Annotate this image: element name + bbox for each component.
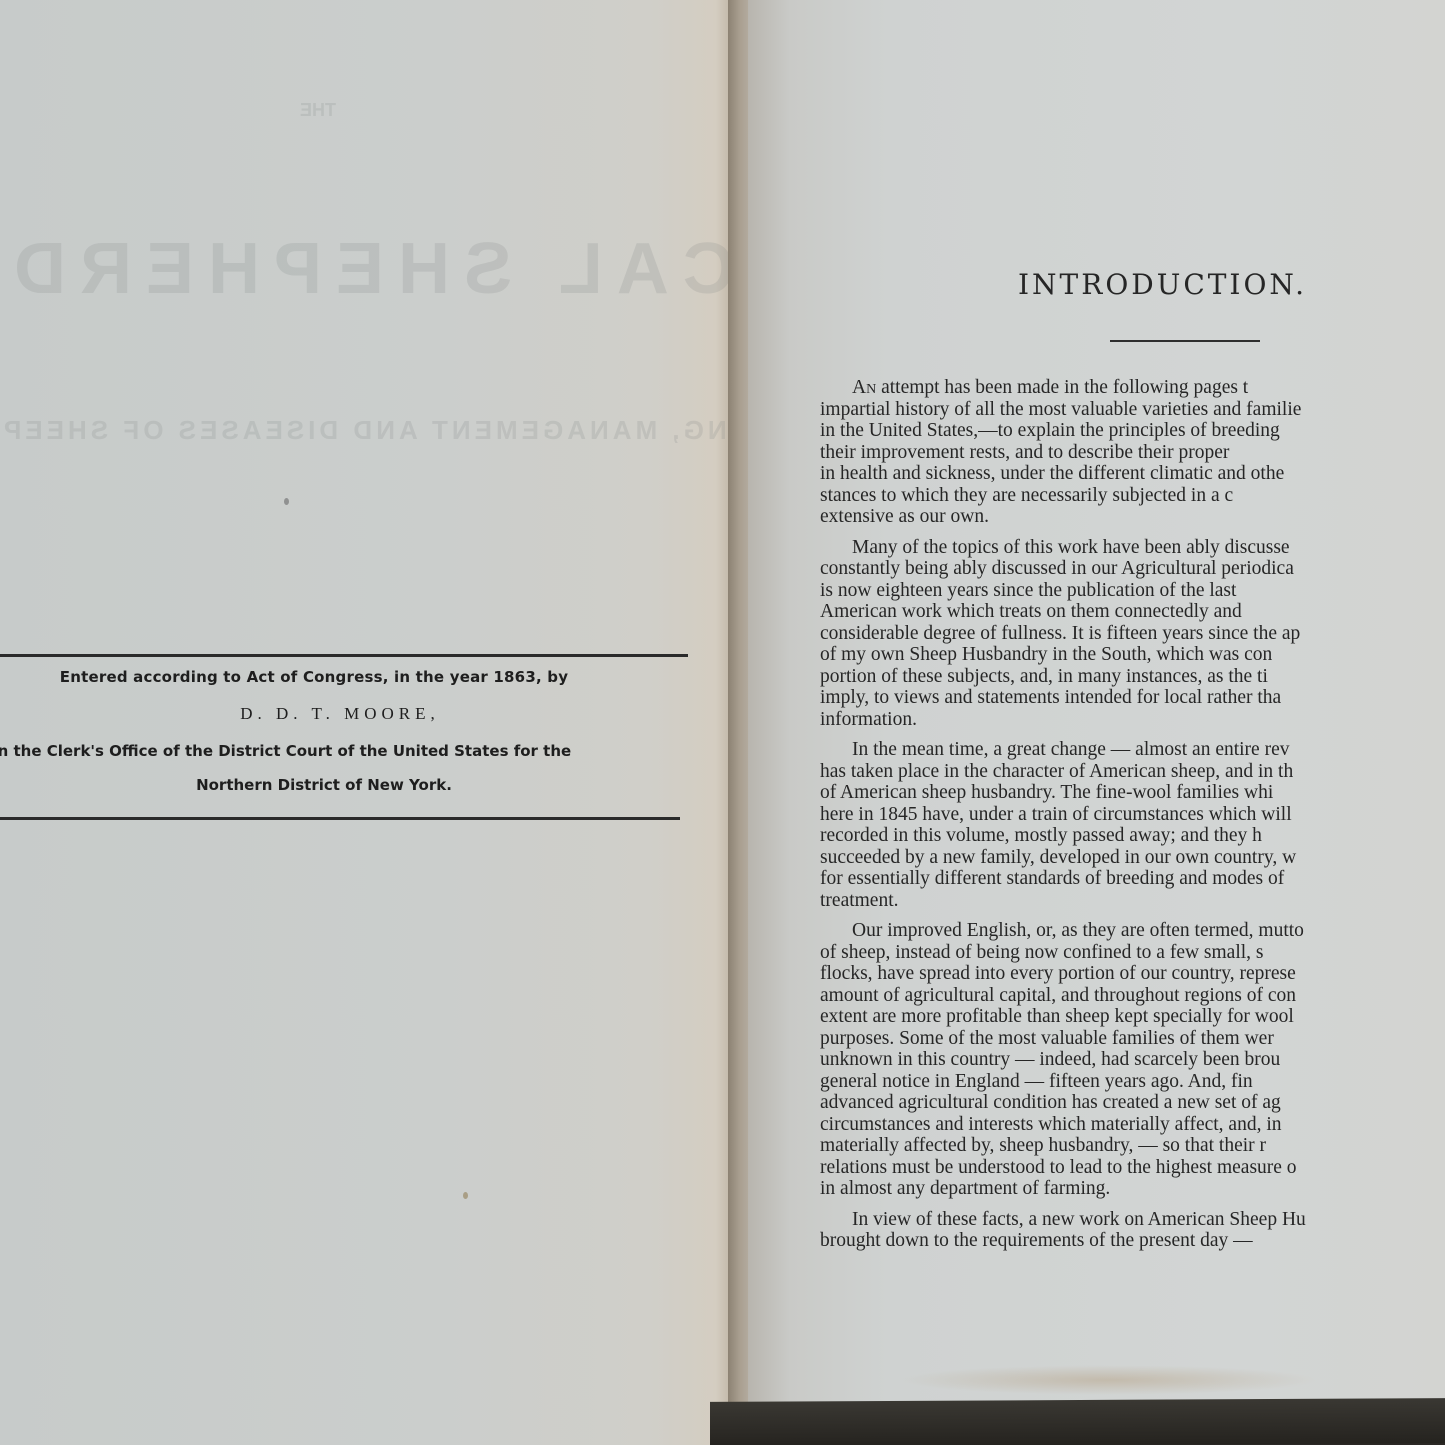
text-line: relations must be understood to lead to … bbox=[820, 1157, 1445, 1179]
text-line: of my own Sheep Husbandry in the South, … bbox=[820, 644, 1445, 666]
text-line: unknown in this country — indeed, had sc… bbox=[820, 1049, 1445, 1071]
text-line: In view of these facts, a new work on Am… bbox=[820, 1209, 1445, 1231]
text-line: of sheep, instead of being now confined … bbox=[820, 942, 1445, 964]
text-line: extent are more profitable than sheep ke… bbox=[820, 1006, 1445, 1028]
text-line: In the mean time, a great change — almos… bbox=[820, 739, 1445, 761]
line-text: unknown in this country — indeed, had sc… bbox=[820, 1049, 1280, 1070]
paper-speck bbox=[463, 1192, 468, 1199]
line-text: purposes. Some of the most valuable fami… bbox=[820, 1028, 1274, 1049]
copyright-line-clerk: In the Clerk's Office of the District Co… bbox=[0, 742, 688, 760]
paragraph: An attempt has been made in the followin… bbox=[820, 377, 1445, 528]
left-page: THE PRACTICAL SHEPHERD BREEDING, MANAGEM… bbox=[0, 0, 738, 1445]
text-line: considerable degree of fullness. It is f… bbox=[820, 623, 1445, 645]
copyright-line-district: Northern District of New York. bbox=[0, 776, 668, 794]
line-text: in almost any department of farming. bbox=[820, 1178, 1110, 1199]
line-text: imply, to views and statements intended … bbox=[820, 687, 1281, 708]
paragraph: Many of the topics of this work have bee… bbox=[820, 537, 1445, 731]
copyright-top-rule bbox=[0, 654, 688, 657]
paragraph: In view of these facts, a new work on Am… bbox=[820, 1209, 1445, 1252]
line-text: relations must be understood to lead to … bbox=[820, 1157, 1297, 1178]
text-line: treatment. bbox=[820, 890, 1445, 912]
line-text: has taken place in the character of Amer… bbox=[820, 761, 1293, 782]
line-text: extent are more profitable than sheep ke… bbox=[820, 1006, 1294, 1027]
text-line: amount of agricultural capital, and thro… bbox=[820, 985, 1445, 1007]
text-line: general notice in England — fifteen year… bbox=[820, 1071, 1445, 1093]
line-text: flocks, have spread into every portion o… bbox=[820, 963, 1296, 984]
line-text: American work which treats on them conne… bbox=[820, 601, 1242, 622]
bleed-through-subtitle: BREEDING, MANAGEMENT AND DISEASES OF SHE… bbox=[0, 415, 849, 446]
line-text: here in 1845 have, under a train of circ… bbox=[820, 804, 1292, 825]
text-line: stances to which they are necessarily su… bbox=[820, 485, 1445, 507]
line-text: of sheep, instead of being now confined … bbox=[820, 942, 1264, 963]
drop-lead-word: An bbox=[852, 377, 876, 398]
line-text: considerable degree of fullness. It is f… bbox=[820, 623, 1300, 644]
text-line: purposes. Some of the most valuable fami… bbox=[820, 1028, 1445, 1050]
text-line: extensive as our own. bbox=[820, 506, 1445, 528]
line-text: advanced agricultural condition has crea… bbox=[820, 1092, 1281, 1113]
line-text: in health and sickness, under the differ… bbox=[820, 463, 1284, 484]
text-line: of American sheep husbandry. The fine-wo… bbox=[820, 782, 1445, 804]
line-text: for essentially different standards of b… bbox=[820, 868, 1284, 889]
heading-rule bbox=[1110, 340, 1260, 342]
line-text: materially affected by, sheep husbandry,… bbox=[820, 1135, 1266, 1156]
text-line: An attempt has been made in the followin… bbox=[820, 377, 1445, 399]
text-line: materially affected by, sheep husbandry,… bbox=[820, 1135, 1445, 1157]
text-line: in almost any department of farming. bbox=[820, 1178, 1445, 1200]
text-line: circumstances and interests which materi… bbox=[820, 1114, 1445, 1136]
text-line: information. bbox=[820, 709, 1445, 731]
copyright-line-entered: Entered according to Act of Congress, in… bbox=[0, 668, 658, 686]
text-line: Many of the topics of this work have bee… bbox=[820, 537, 1445, 559]
text-line: is now eighteen years since the publicat… bbox=[820, 580, 1445, 602]
line-text: Many of the topics of this work have bee… bbox=[852, 537, 1290, 558]
line-text: impartial history of all the most valuab… bbox=[820, 399, 1301, 420]
line-text: of American sheep husbandry. The fine-wo… bbox=[820, 782, 1273, 803]
text-line: succeeded by a new family, developed in … bbox=[820, 847, 1445, 869]
text-line: flocks, have spread into every portion o… bbox=[820, 963, 1445, 985]
line-text: in the United States,—to explain the pri… bbox=[820, 420, 1280, 441]
text-line: Our improved English, or, as they are of… bbox=[820, 920, 1445, 942]
text-line: in the United States,—to explain the pri… bbox=[820, 420, 1445, 442]
paragraph: In the mean time, a great change — almos… bbox=[820, 739, 1445, 911]
copyright-holder: D. D. T. MOORE, bbox=[0, 704, 684, 724]
line-text: Our improved English, or, as they are of… bbox=[852, 920, 1304, 941]
text-line: imply, to views and statements intended … bbox=[820, 687, 1445, 709]
paper-speck bbox=[284, 498, 289, 505]
line-text: extensive as our own. bbox=[820, 506, 989, 527]
introduction-body: An attempt has been made in the followin… bbox=[820, 377, 1445, 1261]
line-text: succeeded by a new family, developed in … bbox=[820, 847, 1296, 868]
line-text: portion of these subjects, and, in many … bbox=[820, 666, 1268, 687]
text-line: recorded in this volume, mostly passed a… bbox=[820, 825, 1445, 847]
copyright-clerk-text: In the Clerk's Office of the District Co… bbox=[0, 742, 571, 760]
text-line: American work which treats on them conne… bbox=[820, 601, 1445, 623]
text-line: their improvement rests, and to describe… bbox=[820, 442, 1445, 464]
chapter-heading: INTRODUCTION. bbox=[1018, 268, 1307, 301]
line-text: treatment. bbox=[820, 890, 899, 911]
line-text: brought down to the requirements of the … bbox=[820, 1230, 1253, 1251]
line-text: is now eighteen years since the publicat… bbox=[820, 580, 1236, 601]
line-text: information. bbox=[820, 709, 917, 730]
text-line: in health and sickness, under the differ… bbox=[820, 463, 1445, 485]
water-stain bbox=[898, 1365, 1318, 1395]
line-text: circumstances and interests which materi… bbox=[820, 1114, 1282, 1135]
text-line: advanced agricultural condition has crea… bbox=[820, 1092, 1445, 1114]
line-text: general notice in England — fifteen year… bbox=[820, 1071, 1253, 1092]
text-line: portion of these subjects, and, in many … bbox=[820, 666, 1445, 688]
right-page: INTRODUCTION. An attempt has been made i… bbox=[748, 0, 1445, 1405]
text-line: has taken place in the character of Amer… bbox=[820, 761, 1445, 783]
line-text: their improvement rests, and to describe… bbox=[820, 442, 1229, 463]
text-line: impartial history of all the most valuab… bbox=[820, 399, 1445, 421]
line-text: In view of these facts, a new work on Am… bbox=[852, 1209, 1306, 1230]
bleed-through-the: THE bbox=[300, 100, 336, 121]
text-line: for essentially different standards of b… bbox=[820, 868, 1445, 890]
copyright-bottom-rule bbox=[0, 817, 680, 820]
line-text: stances to which they are necessarily su… bbox=[820, 485, 1233, 506]
paragraph: Our improved English, or, as they are of… bbox=[820, 920, 1445, 1200]
text-line: here in 1845 have, under a train of circ… bbox=[820, 804, 1445, 826]
line-text: In the mean time, a great change — almos… bbox=[852, 739, 1289, 760]
line-text: attempt has been made in the following p… bbox=[876, 377, 1248, 398]
line-text: constantly being ably discussed in our A… bbox=[820, 558, 1294, 579]
copyright-notice: Entered according to Act of Congress, in… bbox=[0, 654, 688, 820]
text-line: brought down to the requirements of the … bbox=[820, 1230, 1445, 1252]
line-text: recorded in this volume, mostly passed a… bbox=[820, 825, 1262, 846]
line-text: amount of agricultural capital, and thro… bbox=[820, 985, 1296, 1006]
wooden-table-edge bbox=[710, 1398, 1445, 1445]
line-text: of my own Sheep Husbandry in the South, … bbox=[820, 644, 1272, 665]
text-line: constantly being ably discussed in our A… bbox=[820, 558, 1445, 580]
